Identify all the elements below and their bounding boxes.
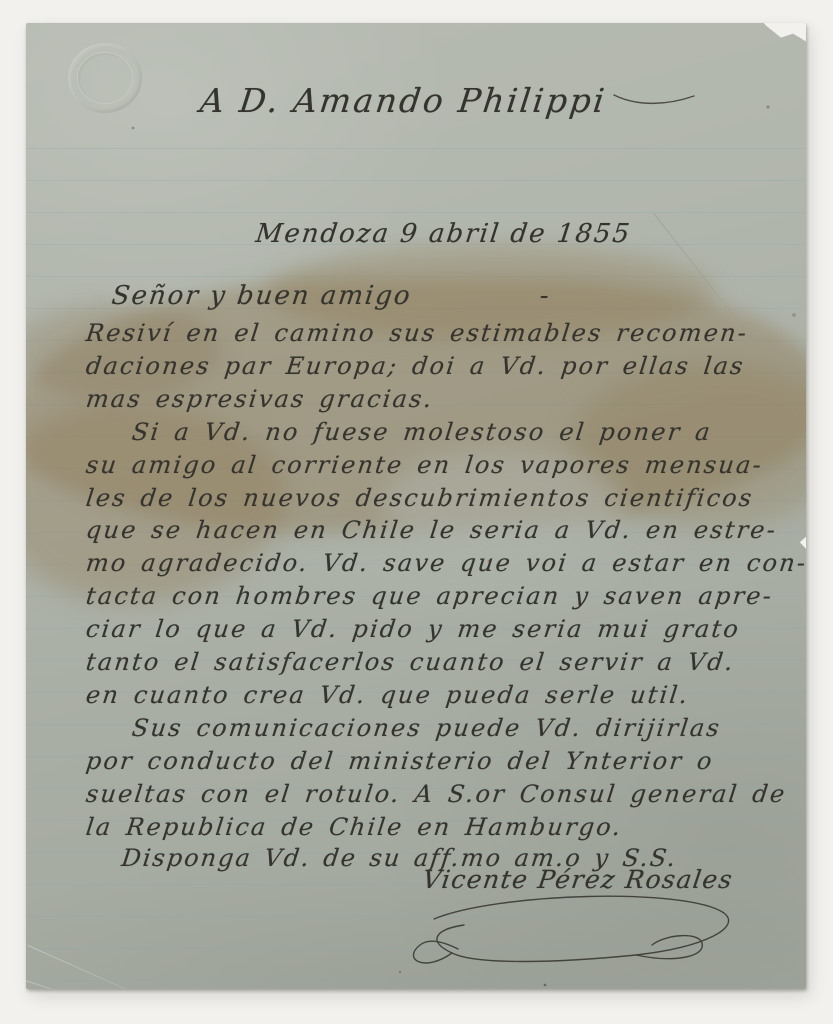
letter-line: Resiví en el camino sus estimables recom… [84,317,800,350]
dateline: Mendoza 9 abril de 1855 [254,219,633,249]
letter-content: A D. Amando Philippi Mendoza 9 abril de … [26,23,806,989]
signature-flourish-icon [406,885,746,985]
letter-line: ciar lo que a Vd. pido y me seria mui gr… [84,613,800,646]
letter-line: daciones par Europa; doi a Vd. por ellas… [84,350,800,383]
letter-line: que se hacen en Chile le seria a Vd. en … [84,514,800,547]
signature-block: Vicente Pérez Rosales [404,865,752,894]
recipient-line-row: A D. Amando Philippi [198,81,696,120]
salutation-dash: - [538,281,550,311]
signature-name: Vicente Pérez Rosales [402,865,754,894]
letter-line: en cuanto crea Vd. que pueda serle util. [84,679,800,712]
letter-line: Sus comunicaciones puede Vd. dirijirlas [84,712,800,745]
letter-photograph: A D. Amando Philippi Mendoza 9 abril de … [0,0,833,1024]
letter-paper: A D. Amando Philippi Mendoza 9 abril de … [26,23,806,989]
letter-line: su amigo al corriente en los vapores men… [84,449,800,482]
letter-line: les de los nuevos descubrimientos cienti… [84,482,800,515]
letter-line: por conducto del ministerio del Ynterior… [84,745,800,778]
salutation: Señor y buen amigo [110,281,413,311]
letter-line: Si a Vd. no fuese molestoso el poner a [84,416,800,449]
letter-line: tacta con hombres que aprecian y saven a… [84,580,800,613]
pen-flourish-icon [612,92,696,110]
letter-line: sueltas con el rotulo. A S.or Consul gen… [84,778,800,811]
letter-line: mo agradecido. Vd. save que voi a estar … [84,547,800,580]
letter-line: la Republica de Chile en Hamburgo. [84,811,800,844]
recipient-line: A D. Amando Philippi [198,81,609,120]
letter-line: tanto el satisfacerlos cuanto el servir … [84,646,800,679]
letter-body: Resiví en el camino sus estimables recom… [84,317,796,844]
letter-line: mas espresivas gracias. [84,383,800,416]
